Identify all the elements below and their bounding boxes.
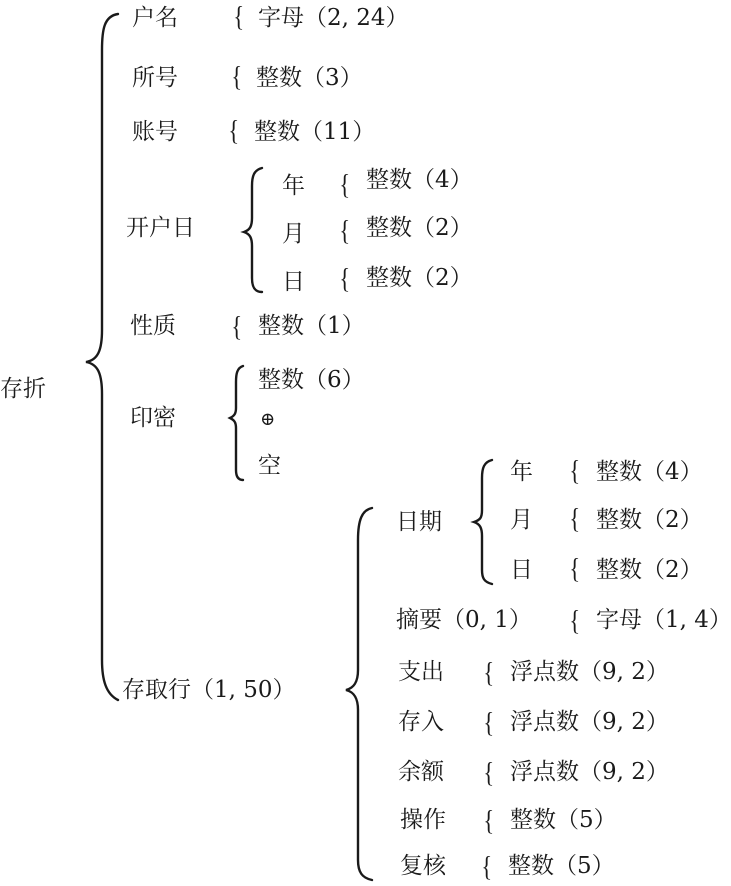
xor-icon: ⊕	[260, 406, 275, 434]
field-type: 整数（4）	[596, 458, 703, 486]
field-type: 浮点数（9, 2）	[510, 758, 669, 786]
small-brace: {	[233, 4, 244, 32]
small-brace: {	[228, 118, 239, 146]
small-brace: {	[231, 314, 242, 342]
field-type: 整数（5）	[508, 852, 615, 880]
small-brace: {	[481, 854, 492, 882]
field-name-account-no: 账号	[132, 118, 178, 146]
field-type: 整数（2）	[366, 214, 473, 242]
seal-option-integer: 整数（6）	[258, 366, 365, 394]
field-type: 整数（11）	[254, 118, 375, 146]
root-brace	[86, 14, 118, 700]
small-brace: {	[483, 760, 494, 788]
subfield-year: 年	[510, 458, 533, 486]
date-brace	[474, 460, 492, 584]
small-brace: {	[483, 710, 494, 738]
small-brace: {	[339, 218, 350, 246]
small-brace: {	[569, 506, 580, 534]
field-name-nature: 性质	[130, 312, 176, 340]
small-brace: {	[483, 660, 494, 688]
field-name-transaction-rows: 存取行（1, 50）	[122, 676, 296, 704]
subfield-summary: 摘要（0, 1）	[396, 606, 532, 634]
subfield-withdrawal: 支出	[398, 658, 444, 686]
transaction-brace	[346, 508, 372, 880]
small-brace: {	[339, 266, 350, 294]
subfield-month: 月	[282, 220, 305, 248]
field-type: 字母（2, 24）	[258, 4, 409, 32]
root-label: 存折	[0, 375, 46, 403]
seal-brace	[230, 366, 243, 480]
open-date-brace	[244, 168, 262, 292]
field-type: 整数（4）	[366, 166, 473, 194]
subfield-balance: 余额	[398, 758, 444, 786]
field-type: 浮点数（9, 2）	[510, 658, 669, 686]
field-type: 整数（5）	[510, 806, 617, 834]
field-name-open-date: 开户日	[126, 214, 195, 242]
small-brace: {	[231, 64, 242, 92]
field-type: 浮点数（9, 2）	[510, 708, 669, 736]
field-type: 整数（2）	[596, 556, 703, 584]
subfield-day: 日	[282, 268, 305, 296]
seal-option-empty: 空	[258, 452, 281, 480]
field-type: 整数（1）	[258, 312, 365, 340]
field-name-branch-no: 所号	[132, 64, 178, 92]
small-brace: {	[339, 172, 350, 200]
field-type: 整数（3）	[256, 64, 363, 92]
field-name-seal-code: 印密	[130, 404, 176, 432]
subfield-reviewer: 复核	[400, 852, 446, 880]
field-type: 整数（2）	[596, 506, 703, 534]
subfield-month: 月	[510, 506, 533, 534]
subfield-deposit: 存入	[398, 708, 444, 736]
field-type: 整数（2）	[366, 264, 473, 292]
subfield-year: 年	[282, 172, 305, 200]
small-brace: {	[569, 458, 580, 486]
small-brace: {	[569, 556, 580, 584]
field-name-account-holder: 户名	[132, 4, 178, 32]
small-brace: {	[483, 808, 494, 836]
small-brace: {	[569, 608, 580, 636]
subfield-date: 日期	[396, 508, 442, 536]
subfield-operator: 操作	[400, 806, 446, 834]
subfield-day: 日	[510, 556, 533, 584]
field-type: 字母（1, 4）	[596, 606, 731, 634]
